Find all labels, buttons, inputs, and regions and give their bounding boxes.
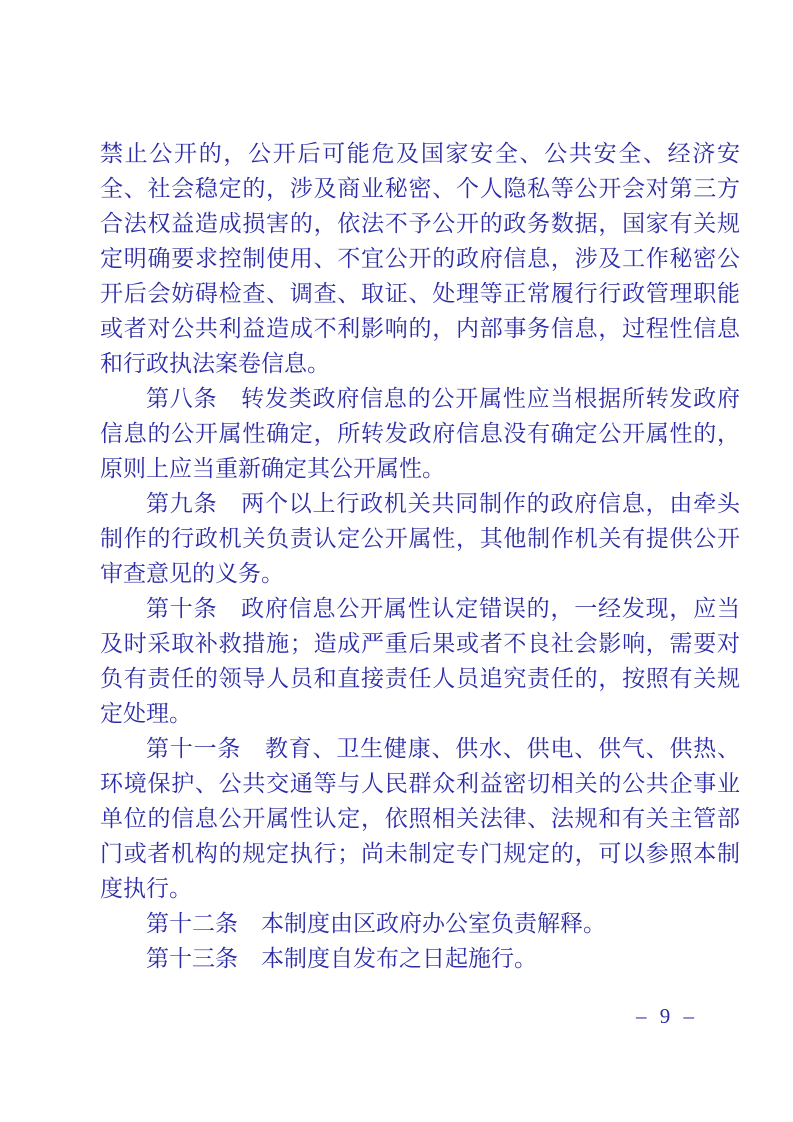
paragraph-article-11: 第十一条 教育、卫生健康、供水、供电、供气、供热、环境保护、公共交通等与人民群众… xyxy=(100,731,740,906)
page-number: – 9 – xyxy=(636,1004,756,1029)
document-body: 禁止公开的，公开后可能危及国家安全、公共安全、经济安全、社会稳定的，涉及商业秘密… xyxy=(100,136,740,976)
paragraph-article-8: 第八条 转发类政府信息的公开属性应当根据所转发政府信息的公开属性确定，所转发政府… xyxy=(100,381,740,486)
paragraph-article-10: 第十条 政府信息公开属性认定错误的，一经发现，应当及时采取补救措施；造成严重后果… xyxy=(100,591,740,731)
paragraph-article-9: 第九条 两个以上行政机关共同制作的政府信息，由牵头制作的行政机关负责认定公开属性… xyxy=(100,486,740,591)
paragraph-continuation: 禁止公开的，公开后可能危及国家安全、公共安全、经济安全、社会稳定的，涉及商业秘密… xyxy=(100,136,740,381)
paragraph-article-12: 第十二条 本制度由区政府办公室负责解释。 xyxy=(100,906,740,941)
document-page: 禁止公开的，公开后可能危及国家安全、公共安全、经济安全、社会稳定的，涉及商业秘密… xyxy=(0,0,793,1122)
paragraph-article-13: 第十三条 本制度自发布之日起施行。 xyxy=(100,941,740,976)
